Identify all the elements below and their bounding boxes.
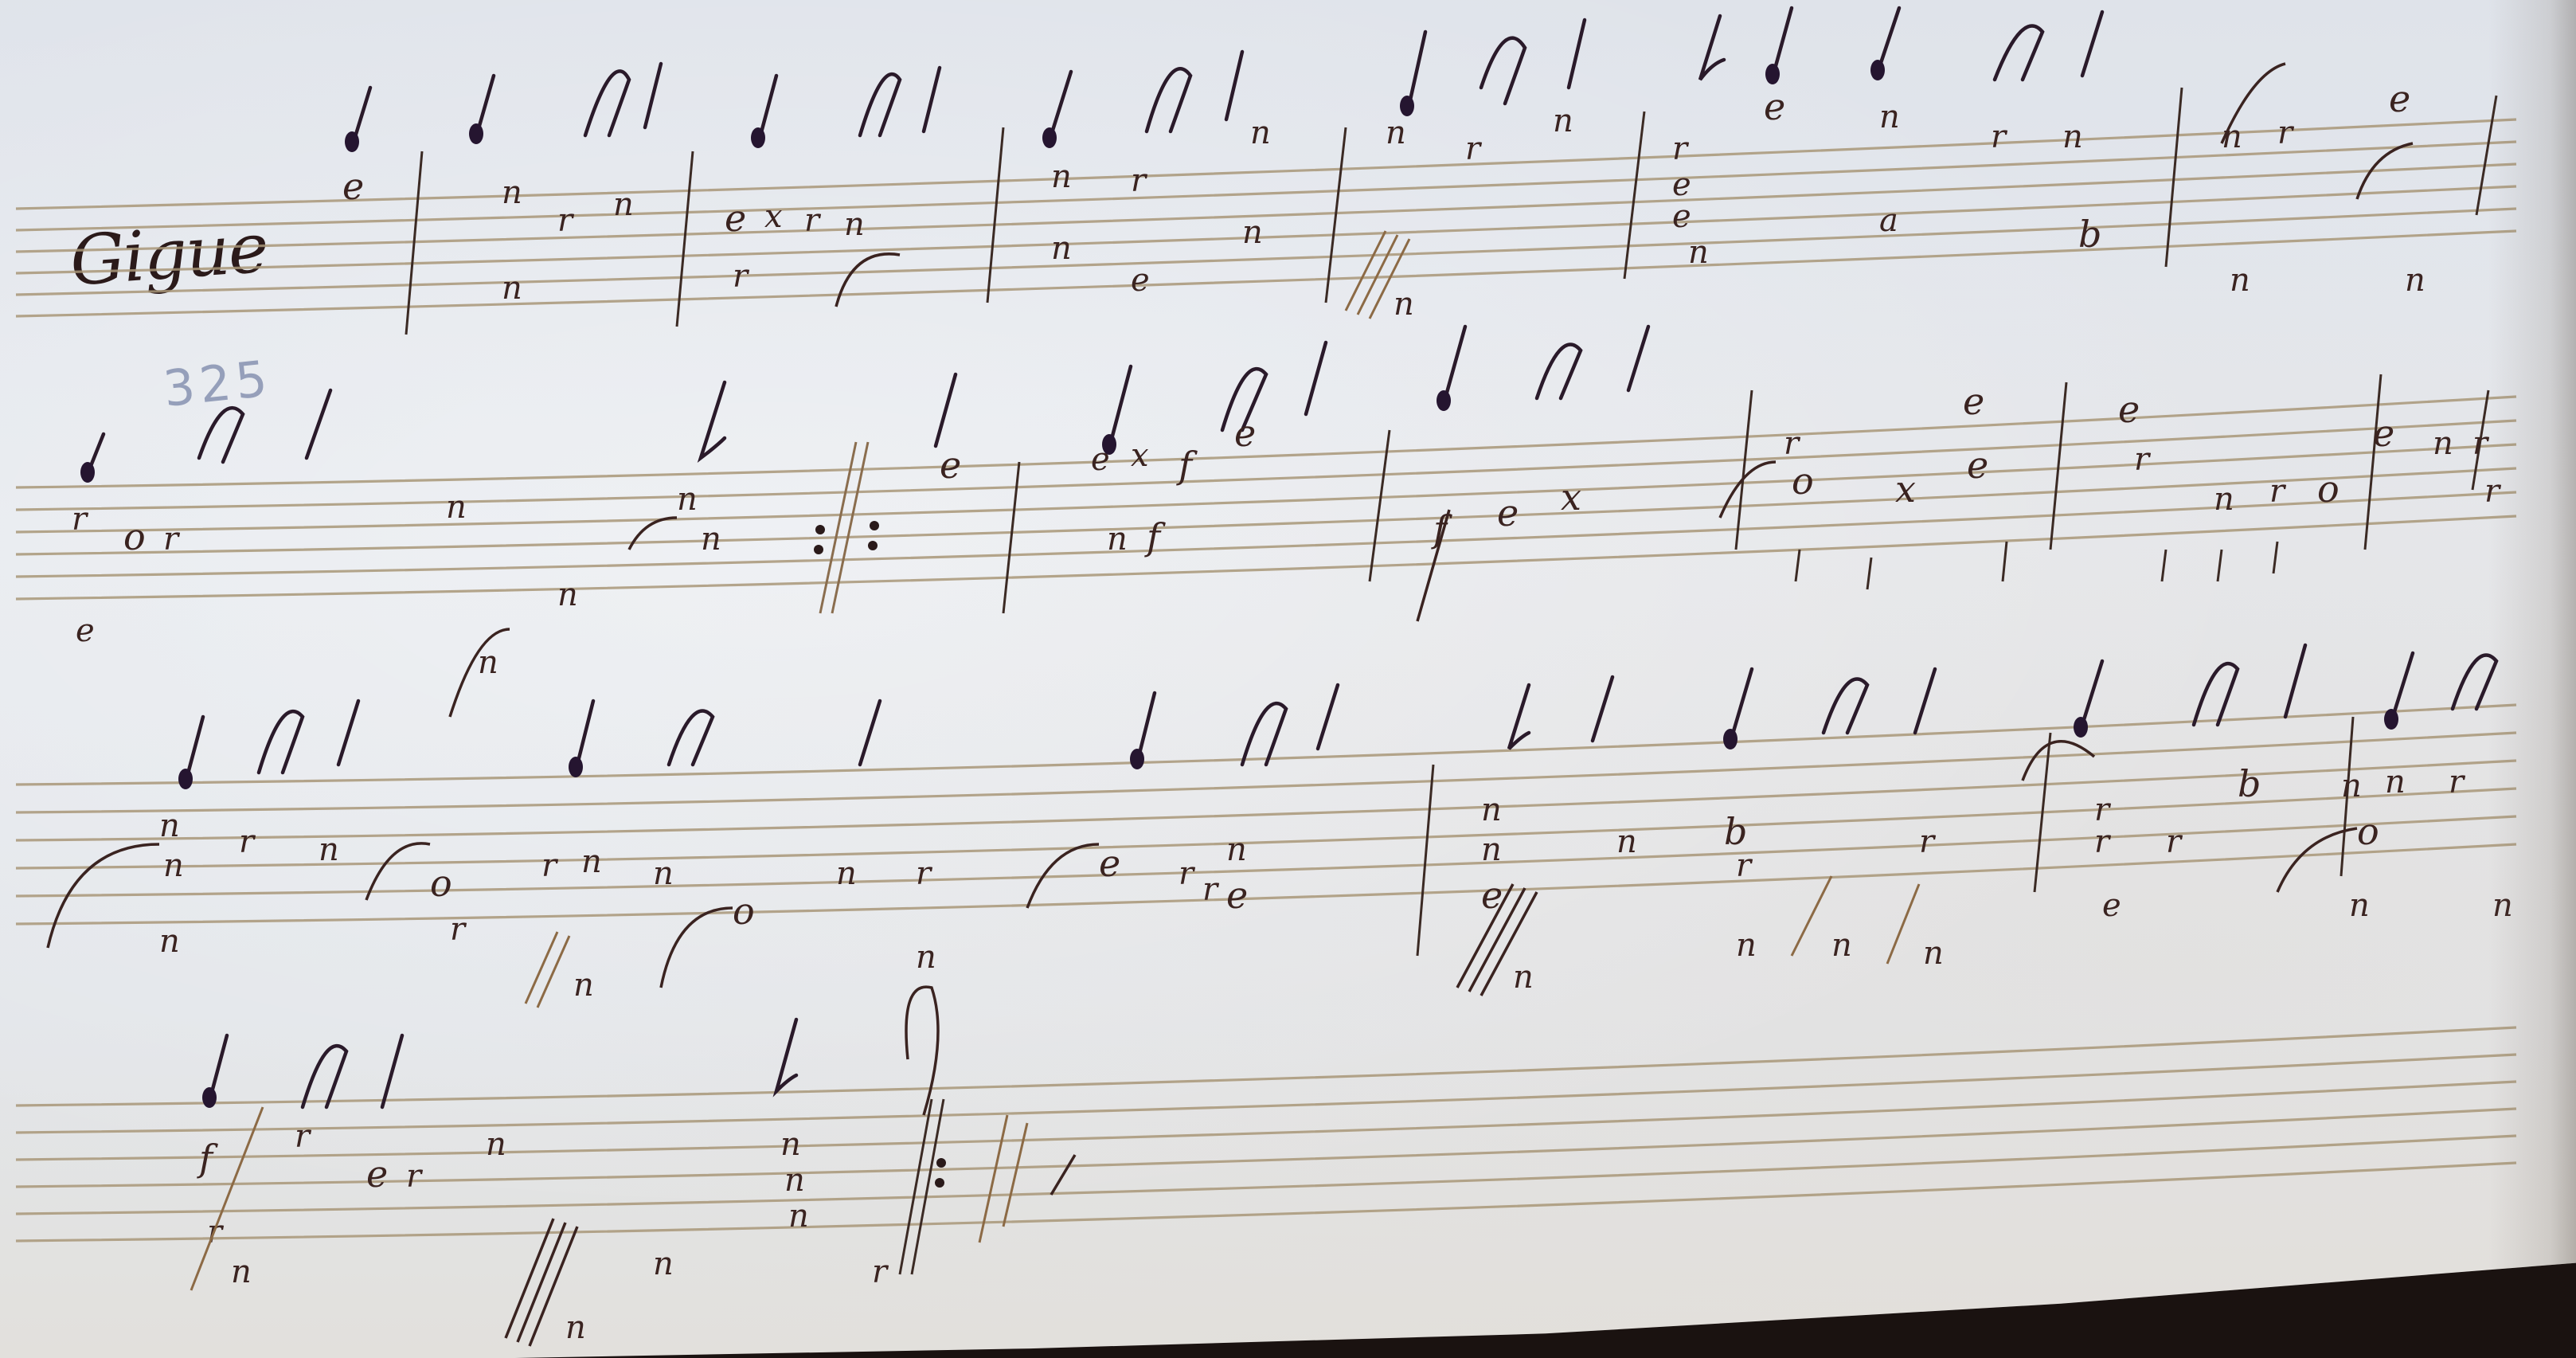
svg-text:n: n xyxy=(1107,521,1128,558)
svg-text:x: x xyxy=(1131,437,1149,474)
svg-text:r: r xyxy=(2134,441,2152,478)
svg-text:n: n xyxy=(1879,99,1900,135)
svg-text:n: n xyxy=(557,577,578,613)
tablature-score: e nrnn exrnr nrnnen nrn n reen enrn a b … xyxy=(0,0,2576,1358)
svg-text:e: e xyxy=(2389,77,2410,120)
svg-text:e: e xyxy=(1672,198,1691,235)
svg-text:n: n xyxy=(1051,230,1072,267)
svg-text:x: x xyxy=(1561,475,1581,519)
svg-text:e: e xyxy=(2373,412,2394,455)
svg-text:n: n xyxy=(478,644,498,681)
svg-text:n: n xyxy=(788,1198,809,1235)
svg-text:r: r xyxy=(872,1254,889,1290)
svg-text:n: n xyxy=(2341,768,2362,804)
system-2-staff xyxy=(16,397,2516,599)
svg-text:n: n xyxy=(1394,286,1414,323)
manuscript-page: Gigue 325 xyxy=(0,0,2576,1358)
svg-text:r: r xyxy=(2472,425,2490,462)
svg-text:e: e xyxy=(1091,441,1110,478)
svg-text:n: n xyxy=(446,489,467,526)
system-3-staff xyxy=(16,705,2516,924)
svg-text:r: r xyxy=(1179,855,1196,892)
svg-text:r: r xyxy=(1919,824,1937,860)
svg-text:o: o xyxy=(1792,460,1814,503)
system-3-tablature: nnn rn or rnn n o nr n erne r nne n n br… xyxy=(48,742,2513,1008)
svg-text:n: n xyxy=(844,206,865,243)
svg-text:n: n xyxy=(1481,792,1502,828)
svg-text:o: o xyxy=(123,515,146,558)
svg-text:n: n xyxy=(1688,234,1709,271)
svg-text:r: r xyxy=(804,202,822,239)
svg-text:n: n xyxy=(159,923,180,960)
svg-text:r: r xyxy=(2277,115,2295,151)
svg-text:e: e xyxy=(725,197,746,240)
svg-text:n: n xyxy=(677,481,698,518)
system-3-rhythm-flags xyxy=(178,645,2496,789)
svg-text:o: o xyxy=(2357,810,2379,853)
system-4-tablature: frern rn n n nnn r xyxy=(191,987,1075,1346)
svg-text:e: e xyxy=(366,1153,388,1196)
svg-text:a: a xyxy=(1879,202,1898,239)
svg-text:n: n xyxy=(1226,832,1247,868)
svg-text:n: n xyxy=(1250,115,1271,151)
svg-text:e: e xyxy=(1131,262,1150,299)
svg-text:r: r xyxy=(2449,764,2466,800)
svg-text:n: n xyxy=(836,855,857,892)
svg-text:r: r xyxy=(733,258,750,295)
svg-text:r: r xyxy=(2484,473,2502,510)
svg-text:n: n xyxy=(159,808,180,844)
system-1-tablature: e nrnn exrnr nrnnen nrn n reen enrn a b … xyxy=(342,64,2426,323)
svg-text:o: o xyxy=(733,890,755,933)
svg-text:n: n xyxy=(2433,425,2453,462)
svg-text:n: n xyxy=(916,939,936,976)
svg-text:n: n xyxy=(231,1254,252,1290)
svg-text:e: e xyxy=(1764,85,1785,128)
svg-text:r: r xyxy=(406,1158,424,1195)
svg-text:n: n xyxy=(2214,481,2234,518)
svg-text:r: r xyxy=(72,501,89,538)
svg-text:n: n xyxy=(1513,959,1534,996)
svg-text:n: n xyxy=(573,967,594,1004)
svg-text:r: r xyxy=(1672,131,1690,167)
system-1-rhythm-flags xyxy=(345,8,2102,152)
svg-text:r: r xyxy=(1465,131,1483,167)
svg-text:n: n xyxy=(784,1162,805,1199)
svg-text:e: e xyxy=(1963,380,1984,423)
svg-text:r: r xyxy=(2094,824,2112,860)
svg-text:r: r xyxy=(163,521,181,558)
svg-text:r: r xyxy=(557,202,575,239)
svg-text:e: e xyxy=(342,165,364,208)
svg-text:n: n xyxy=(1553,103,1573,139)
svg-text:n: n xyxy=(613,186,634,223)
svg-text:r: r xyxy=(2269,473,2287,510)
svg-text:n: n xyxy=(502,174,522,211)
svg-text:e: e xyxy=(1967,444,1988,487)
svg-text:r: r xyxy=(2166,824,2183,860)
svg-text:n: n xyxy=(1923,935,1944,972)
system-4-staff xyxy=(16,1027,2516,1241)
svg-text:n: n xyxy=(1616,824,1637,860)
svg-text:n: n xyxy=(2492,887,2513,924)
svg-text:e: e xyxy=(2118,388,2140,431)
svg-text:n: n xyxy=(319,832,339,868)
svg-text:r: r xyxy=(1784,425,1801,462)
svg-text:e: e xyxy=(1497,491,1519,534)
svg-text:r: r xyxy=(541,847,559,884)
svg-text:e: e xyxy=(1234,412,1256,455)
svg-text:r: r xyxy=(1131,162,1148,199)
svg-text:n: n xyxy=(565,1309,586,1346)
svg-text:r: r xyxy=(1991,119,2008,155)
svg-text:f: f xyxy=(1144,515,1166,558)
svg-text:e: e xyxy=(2102,887,2121,924)
svg-text:n: n xyxy=(1242,214,1263,251)
svg-text:o: o xyxy=(430,862,452,905)
svg-text:n: n xyxy=(653,855,674,892)
svg-text:o: o xyxy=(2317,468,2340,511)
svg-text:r: r xyxy=(916,855,933,892)
svg-text:b: b xyxy=(1724,810,1747,853)
svg-text:e: e xyxy=(76,612,95,649)
system-2-tablature: ror e n nn n n e exfe nf fex ro xeee r n… xyxy=(72,380,2502,717)
svg-text:n: n xyxy=(502,270,522,307)
system-3-barlines xyxy=(1417,717,2353,956)
svg-text:e: e xyxy=(940,444,961,487)
svg-text:n: n xyxy=(1736,927,1757,964)
svg-text:b: b xyxy=(2238,762,2261,805)
svg-text:n: n xyxy=(486,1126,506,1163)
svg-text:r: r xyxy=(295,1118,312,1155)
svg-text:e: e xyxy=(1226,874,1248,917)
svg-text:b: b xyxy=(2078,213,2101,256)
svg-text:n: n xyxy=(2405,262,2426,299)
svg-text:n: n xyxy=(780,1126,801,1163)
svg-text:n: n xyxy=(1051,158,1072,195)
svg-text:n: n xyxy=(163,847,184,884)
svg-text:n: n xyxy=(1831,927,1852,964)
svg-text:n: n xyxy=(581,843,602,880)
svg-text:n: n xyxy=(701,521,721,558)
svg-text:n: n xyxy=(2385,764,2406,800)
svg-text:r: r xyxy=(1736,847,1753,884)
svg-text:r: r xyxy=(1202,871,1220,908)
svg-text:n: n xyxy=(1481,832,1502,868)
svg-text:n: n xyxy=(653,1246,674,1282)
svg-text:r: r xyxy=(450,911,467,948)
svg-text:x: x xyxy=(1895,468,1916,511)
system-2-barlines xyxy=(814,374,2488,613)
svg-text:n: n xyxy=(2349,887,2370,924)
svg-text:r: r xyxy=(239,824,256,860)
svg-text:x: x xyxy=(764,198,783,235)
svg-text:n: n xyxy=(2230,262,2250,299)
svg-text:e: e xyxy=(1099,842,1120,885)
svg-text:n: n xyxy=(1386,115,1406,151)
svg-text:n: n xyxy=(2062,119,2083,155)
